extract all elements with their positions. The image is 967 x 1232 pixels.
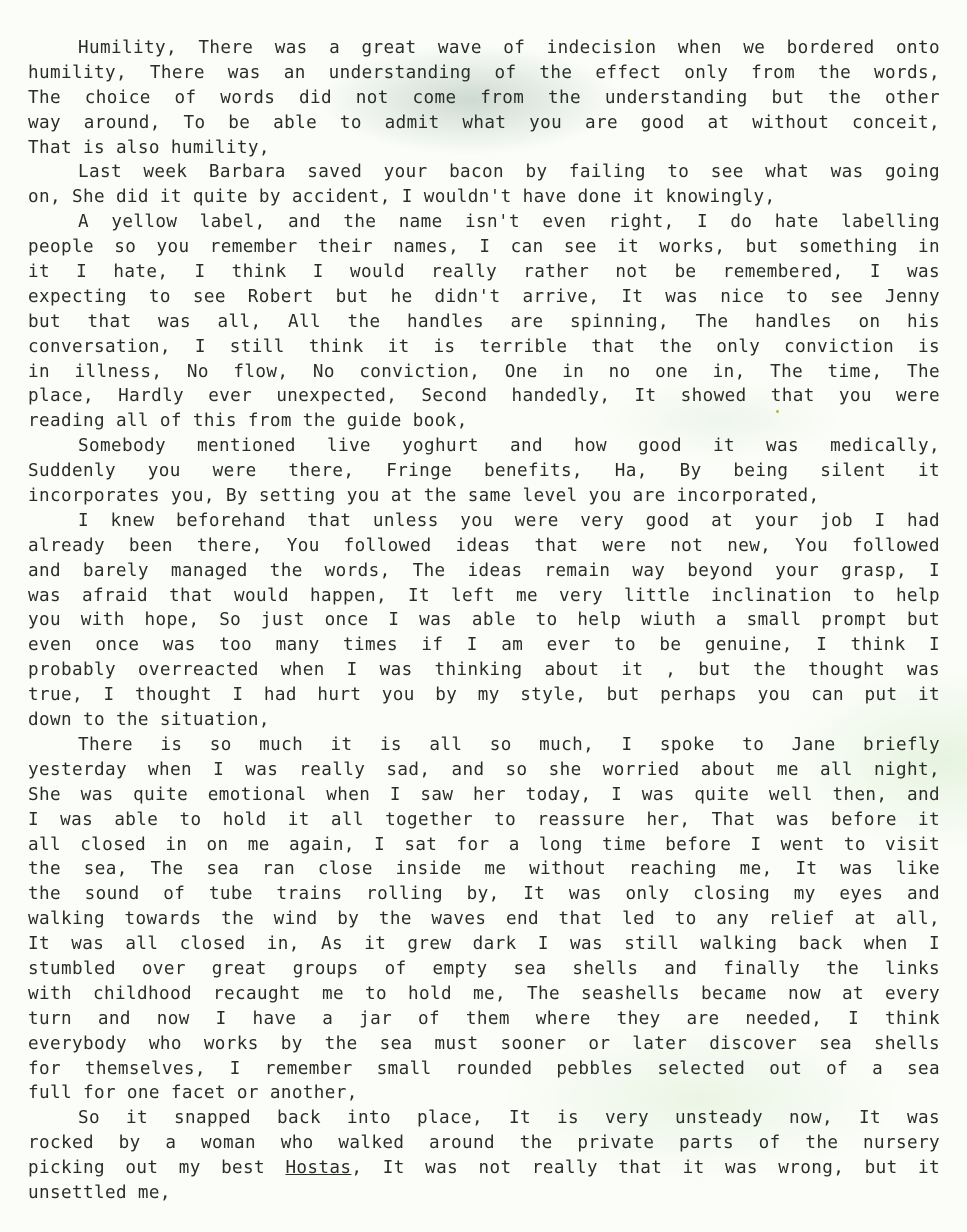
text-line: the sound of tube trains rolling by, It …: [28, 882, 940, 907]
text-line: humility, There was an understanding of …: [28, 61, 940, 86]
text-line: reading all of this from the guide book,: [28, 409, 940, 434]
text-line: stumbled over great groups of empty sea …: [28, 957, 940, 982]
text-line: That is also humility,: [28, 136, 940, 161]
text-line: I was able to hold it all together to re…: [28, 808, 940, 833]
text-line: it I hate, I think I would really rather…: [28, 260, 940, 285]
text-line: way around, To be able to admit what you…: [28, 111, 940, 136]
text-line: even once was too many times if I am eve…: [28, 633, 940, 658]
text-line: A yellow label, and the name isn't even …: [28, 210, 940, 235]
text-line: picking out my best Hostas, It was not r…: [28, 1156, 940, 1181]
text-line: on, She did it quite by accident, I woul…: [28, 185, 940, 210]
paragraph: There is so much it is all so much, I sp…: [28, 733, 940, 1106]
text-line: Somebody mentioned live yoghurt and how …: [28, 434, 940, 459]
text-line: people so you remember their names, I ca…: [28, 235, 940, 260]
text-line: expecting to see Robert but he didn't ar…: [28, 285, 940, 310]
text-line: It was all closed in, As it grew dark I …: [28, 932, 940, 957]
text-line: unsettled me,: [28, 1181, 940, 1206]
text-line: I knew beforehand that unless you were v…: [28, 509, 940, 534]
text-segment: , It was not really that it was wrong, b…: [351, 1158, 940, 1178]
text-line: yesterday when I was really sad, and so …: [28, 758, 940, 783]
paragraph: Somebody mentioned live yoghurt and how …: [28, 434, 940, 509]
text-line: So it snapped back into place, It is ver…: [28, 1106, 940, 1131]
text-line: The choice of words did not come from th…: [28, 86, 940, 111]
underlined-word: Hostas: [285, 1158, 351, 1178]
text-line: was afraid that would happen, It left me…: [28, 584, 940, 609]
text-line: turn and now I have a jar of them where …: [28, 1007, 940, 1032]
paragraph: So it snapped back into place, It is ver…: [28, 1106, 940, 1206]
text-line: Humility, There was a great wave of inde…: [28, 36, 940, 61]
text-line: incorporates you, By setting you at the …: [28, 484, 940, 509]
text-line: in illness, No flow, No conviction, One …: [28, 360, 940, 385]
text-line: full for one facet or another,: [28, 1081, 940, 1106]
text-line: She was quite emotional when I saw her t…: [28, 783, 940, 808]
text-line: walking towards the wind by the waves en…: [28, 907, 940, 932]
text-line: Suddenly you were there, Fringe benefits…: [28, 459, 940, 484]
typed-text-body: Humility, There was a great wave of inde…: [28, 36, 940, 1206]
text-line: conversation, I still think it is terrib…: [28, 335, 940, 360]
text-line: you with hope, So just once I was able t…: [28, 608, 940, 633]
text-segment: picking out my best: [28, 1158, 285, 1178]
text-line: true, I thought I had hurt you by my sty…: [28, 683, 940, 708]
text-line: already been there, You followed ideas t…: [28, 534, 940, 559]
text-line: and barely managed the words, The ideas …: [28, 559, 940, 584]
text-line: place, Hardly ever unexpected, Second ha…: [28, 384, 940, 409]
text-line: rocked by a woman who walked around the …: [28, 1131, 940, 1156]
paragraph: I knew beforehand that unless you were v…: [28, 509, 940, 733]
text-line: with childhood recaught me to hold me, T…: [28, 982, 940, 1007]
text-line: probably overreacted when I was thinking…: [28, 658, 940, 683]
text-line: down to the situation,: [28, 708, 940, 733]
text-line: the sea, The sea ran close inside me wit…: [28, 857, 940, 882]
paragraph: Last week Barbara saved your bacon by fa…: [28, 160, 940, 210]
text-line: all closed in on me again, I sat for a l…: [28, 833, 940, 858]
paragraph: A yellow label, and the name isn't even …: [28, 210, 940, 434]
text-line: There is so much it is all so much, I sp…: [28, 733, 940, 758]
paragraph: Humility, There was a great wave of inde…: [28, 36, 940, 160]
text-line: but that was all, All the handles are sp…: [28, 310, 940, 335]
text-line: Last week Barbara saved your bacon by fa…: [28, 160, 940, 185]
scanned-page: Humility, There was a great wave of inde…: [0, 0, 967, 1232]
text-line: everybody who works by the sea must soon…: [28, 1032, 940, 1057]
text-line: for themselves, I remember small rounded…: [28, 1057, 940, 1082]
